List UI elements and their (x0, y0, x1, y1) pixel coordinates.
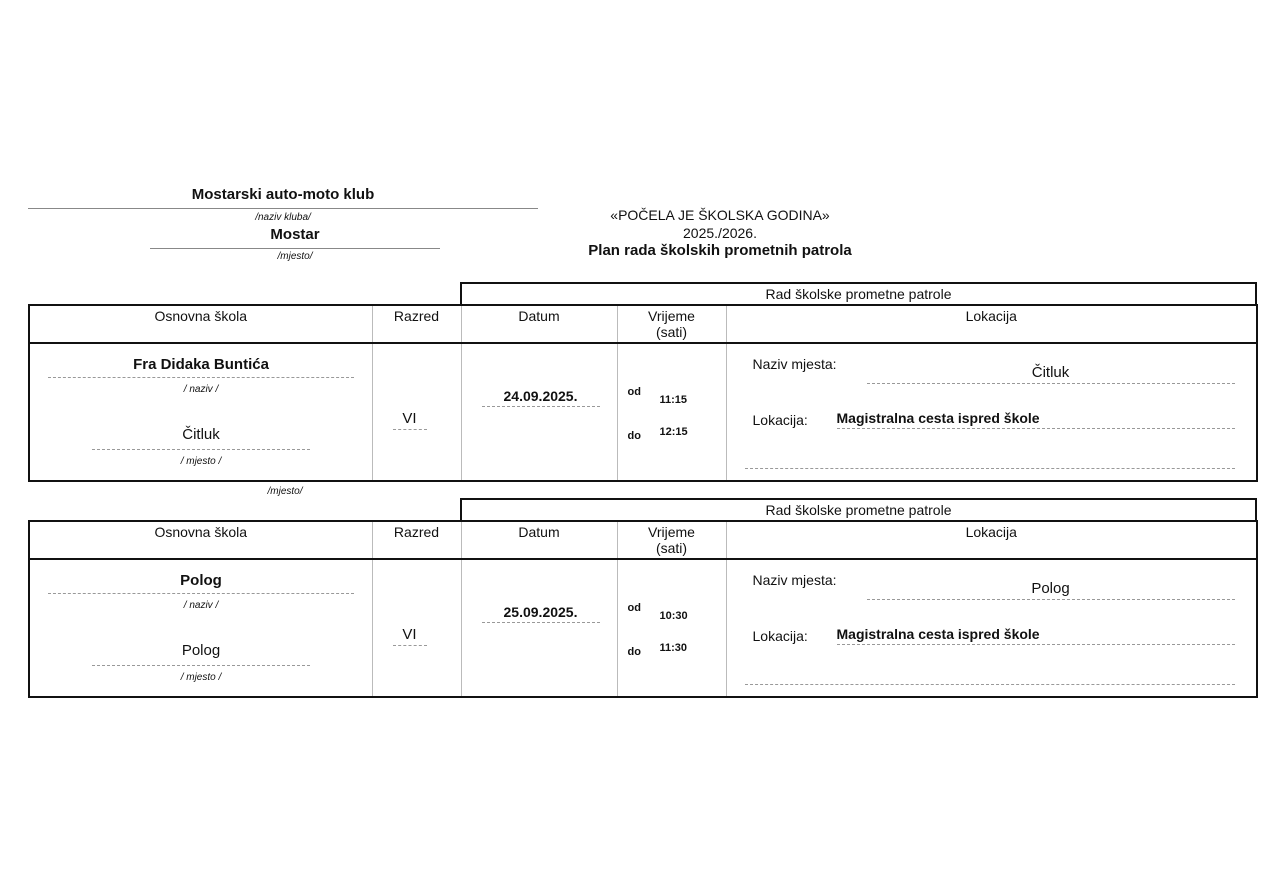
name-caption: / naziv / (48, 384, 354, 395)
plan-title: Plan rada školskih prometnih patrola (540, 242, 900, 260)
location-value: Magistralna cesta ispred škole (837, 626, 1235, 645)
place-name-label: Naziv mjesta: (753, 356, 837, 372)
table-row: Polog / naziv / Polog / mjesto / VI 25.0… (29, 559, 1257, 697)
club-caption: /naziv kluba/ (28, 212, 538, 223)
city-caption: /mjesto/ (150, 251, 440, 262)
location-blank-line (745, 684, 1235, 685)
grade-value: VI (393, 626, 427, 646)
date-cell: 25.09.2025. (461, 559, 617, 697)
patrol-group-header: Rad školske prometne patrole (460, 498, 1257, 520)
table-row: Fra Didaka Buntića / naziv / Čitluk / mj… (29, 343, 1257, 481)
location-cell: Naziv mjesta: Čitluk Lokacija: Magistral… (726, 343, 1257, 481)
school-name: Fra Didaka Buntića (48, 356, 354, 378)
time-to-value: 11:30 (660, 642, 688, 654)
time-to-label: do (628, 646, 641, 658)
location-blank-line (745, 468, 1235, 469)
patrol-table-1: Osnovna škola Razred Datum Vrijeme(sati)… (28, 304, 1258, 482)
school-place: Čitluk (92, 426, 310, 450)
date-value: 25.09.2025. (482, 604, 600, 623)
time-from-label: od (628, 386, 641, 398)
grade-cell: VI (372, 343, 461, 481)
header-grade: Razred (372, 521, 461, 559)
name-caption: / naziv / (48, 600, 354, 611)
school-year: 2025./2026. (540, 224, 900, 242)
date-value: 24.09.2025. (482, 388, 600, 407)
date-cell: 24.09.2025. (461, 343, 617, 481)
location-label: Lokacija: (753, 412, 808, 428)
header-date: Datum (461, 305, 617, 343)
time-from-label: od (628, 602, 641, 614)
campaign-name: «POČELA JE ŠKOLSKA GODINA» (540, 206, 900, 224)
header-time: Vrijeme(sati) (617, 305, 726, 343)
location-cell: Naziv mjesta: Polog Lokacija: Magistraln… (726, 559, 1257, 697)
header-time: Vrijeme(sati) (617, 521, 726, 559)
header-location: Lokacija (726, 305, 1257, 343)
club-name: Mostarski auto-moto klub (28, 186, 538, 203)
club-city: Mostar (150, 226, 440, 243)
location-value: Magistralna cesta ispred škole (837, 410, 1235, 429)
school-cell: Polog / naziv / Polog / mjesto / (29, 559, 372, 697)
time-from-value: 11:15 (660, 394, 688, 406)
grade-cell: VI (372, 559, 461, 697)
club-city-line (150, 248, 440, 249)
time-to-label: do (628, 430, 641, 442)
between-caption: /mjesto/ (240, 486, 330, 497)
school-place: Polog (92, 642, 310, 666)
club-name-line (28, 208, 538, 209)
header-grade: Razred (372, 305, 461, 343)
time-to-value: 12:15 (660, 426, 688, 438)
patrol-group-header: Rad školske prometne patrole (460, 282, 1257, 304)
place-name-label: Naziv mjesta: (753, 572, 837, 588)
place-caption: / mjesto / (92, 672, 310, 683)
grade-value: VI (393, 410, 427, 430)
header-school: Osnovna škola (29, 521, 372, 559)
header-location: Lokacija (726, 521, 1257, 559)
document-title: «POČELA JE ŠKOLSKA GODINA» 2025./2026. P… (540, 206, 900, 260)
school-name: Polog (48, 572, 354, 594)
place-name-value: Čitluk (867, 364, 1235, 384)
school-cell: Fra Didaka Buntića / naziv / Čitluk / mj… (29, 343, 372, 481)
patrol-table-2: Osnovna škola Razred Datum Vrijeme(sati)… (28, 520, 1258, 698)
place-name-value: Polog (867, 580, 1235, 600)
time-cell: od 10:30 do 11:30 (617, 559, 726, 697)
time-from-value: 10:30 (660, 610, 688, 622)
time-cell: od 11:15 do 12:15 (617, 343, 726, 481)
header-school: Osnovna škola (29, 305, 372, 343)
place-caption: / mjesto / (92, 456, 310, 467)
header-date: Datum (461, 521, 617, 559)
location-label: Lokacija: (753, 628, 808, 644)
